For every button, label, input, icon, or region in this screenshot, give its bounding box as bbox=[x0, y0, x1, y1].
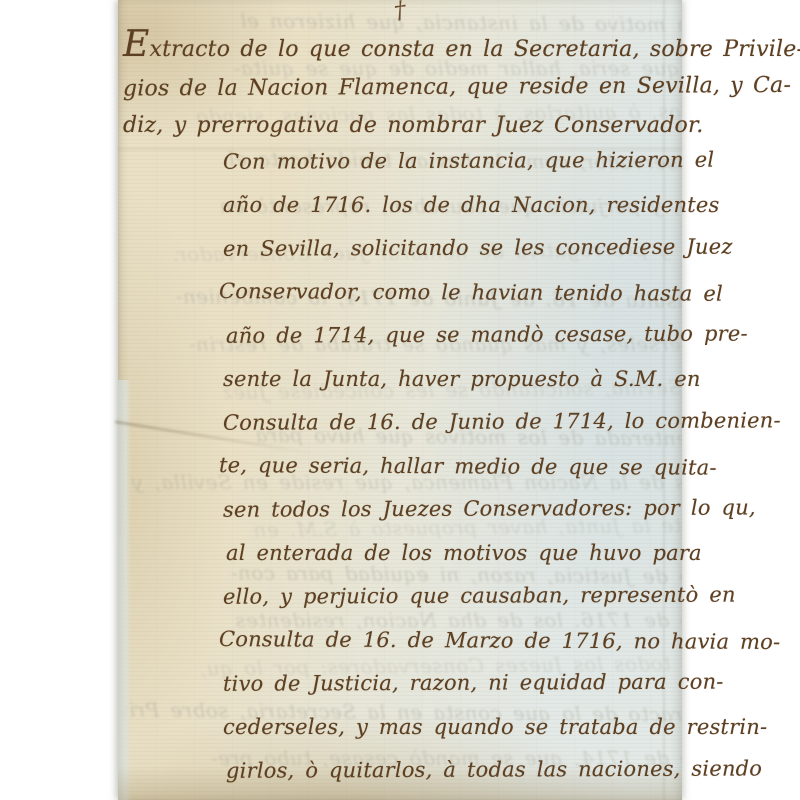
body-line: Con motivo de la instancia, que hizieron… bbox=[118, 139, 682, 185]
body-line: tivo de Justicia, razon, ni equidad para… bbox=[118, 661, 682, 707]
manuscript-page: Con motivo de la instancia, que hizieron… bbox=[118, 0, 682, 800]
body-line: Consulta de 16. de Marzo de 1716, no hav… bbox=[118, 617, 682, 663]
heading-line: Extracto de lo que consta en la Secretar… bbox=[118, 26, 682, 69]
cross-mark: † bbox=[392, 0, 408, 25]
body-line: cederseles, y mas quando se trataba de r… bbox=[118, 706, 682, 750]
photo-background: Con motivo de la instancia, que hizieron… bbox=[0, 0, 800, 800]
body-line: sen todos los Juezes Conservadores: por … bbox=[118, 487, 682, 533]
body-line: en Sevilla, solicitando se les concedies… bbox=[118, 226, 682, 272]
body-line: sente la Junta, haver propuesto à S.M. e… bbox=[118, 358, 682, 402]
body-line: Consulta de 16. de Junio de 1714, lo com… bbox=[118, 400, 682, 446]
body-line: te, que seria, hallar medio de que se qu… bbox=[118, 443, 682, 489]
body-block: Con motivo de la instancia, que hizieron… bbox=[118, 140, 682, 793]
body-line: ello, y perjuicio que causaban, represen… bbox=[118, 574, 682, 620]
body-line: girlos, ò quitarlos, à todas las nacione… bbox=[118, 748, 682, 794]
heading-line: gios de la Nacion Flamenca, que reside e… bbox=[118, 68, 682, 109]
body-line: año de 1714, que se mandò cesase, tubo p… bbox=[118, 313, 682, 359]
body-line: Conservador, como le havian tenido hasta… bbox=[118, 269, 682, 315]
heading-block: Extracto de lo que consta en la Secretar… bbox=[118, 26, 682, 145]
body-line: año de 1716. los de dha Nacion, resident… bbox=[118, 184, 682, 228]
body-line: al enterada de los motivos que huvo para bbox=[118, 532, 682, 576]
